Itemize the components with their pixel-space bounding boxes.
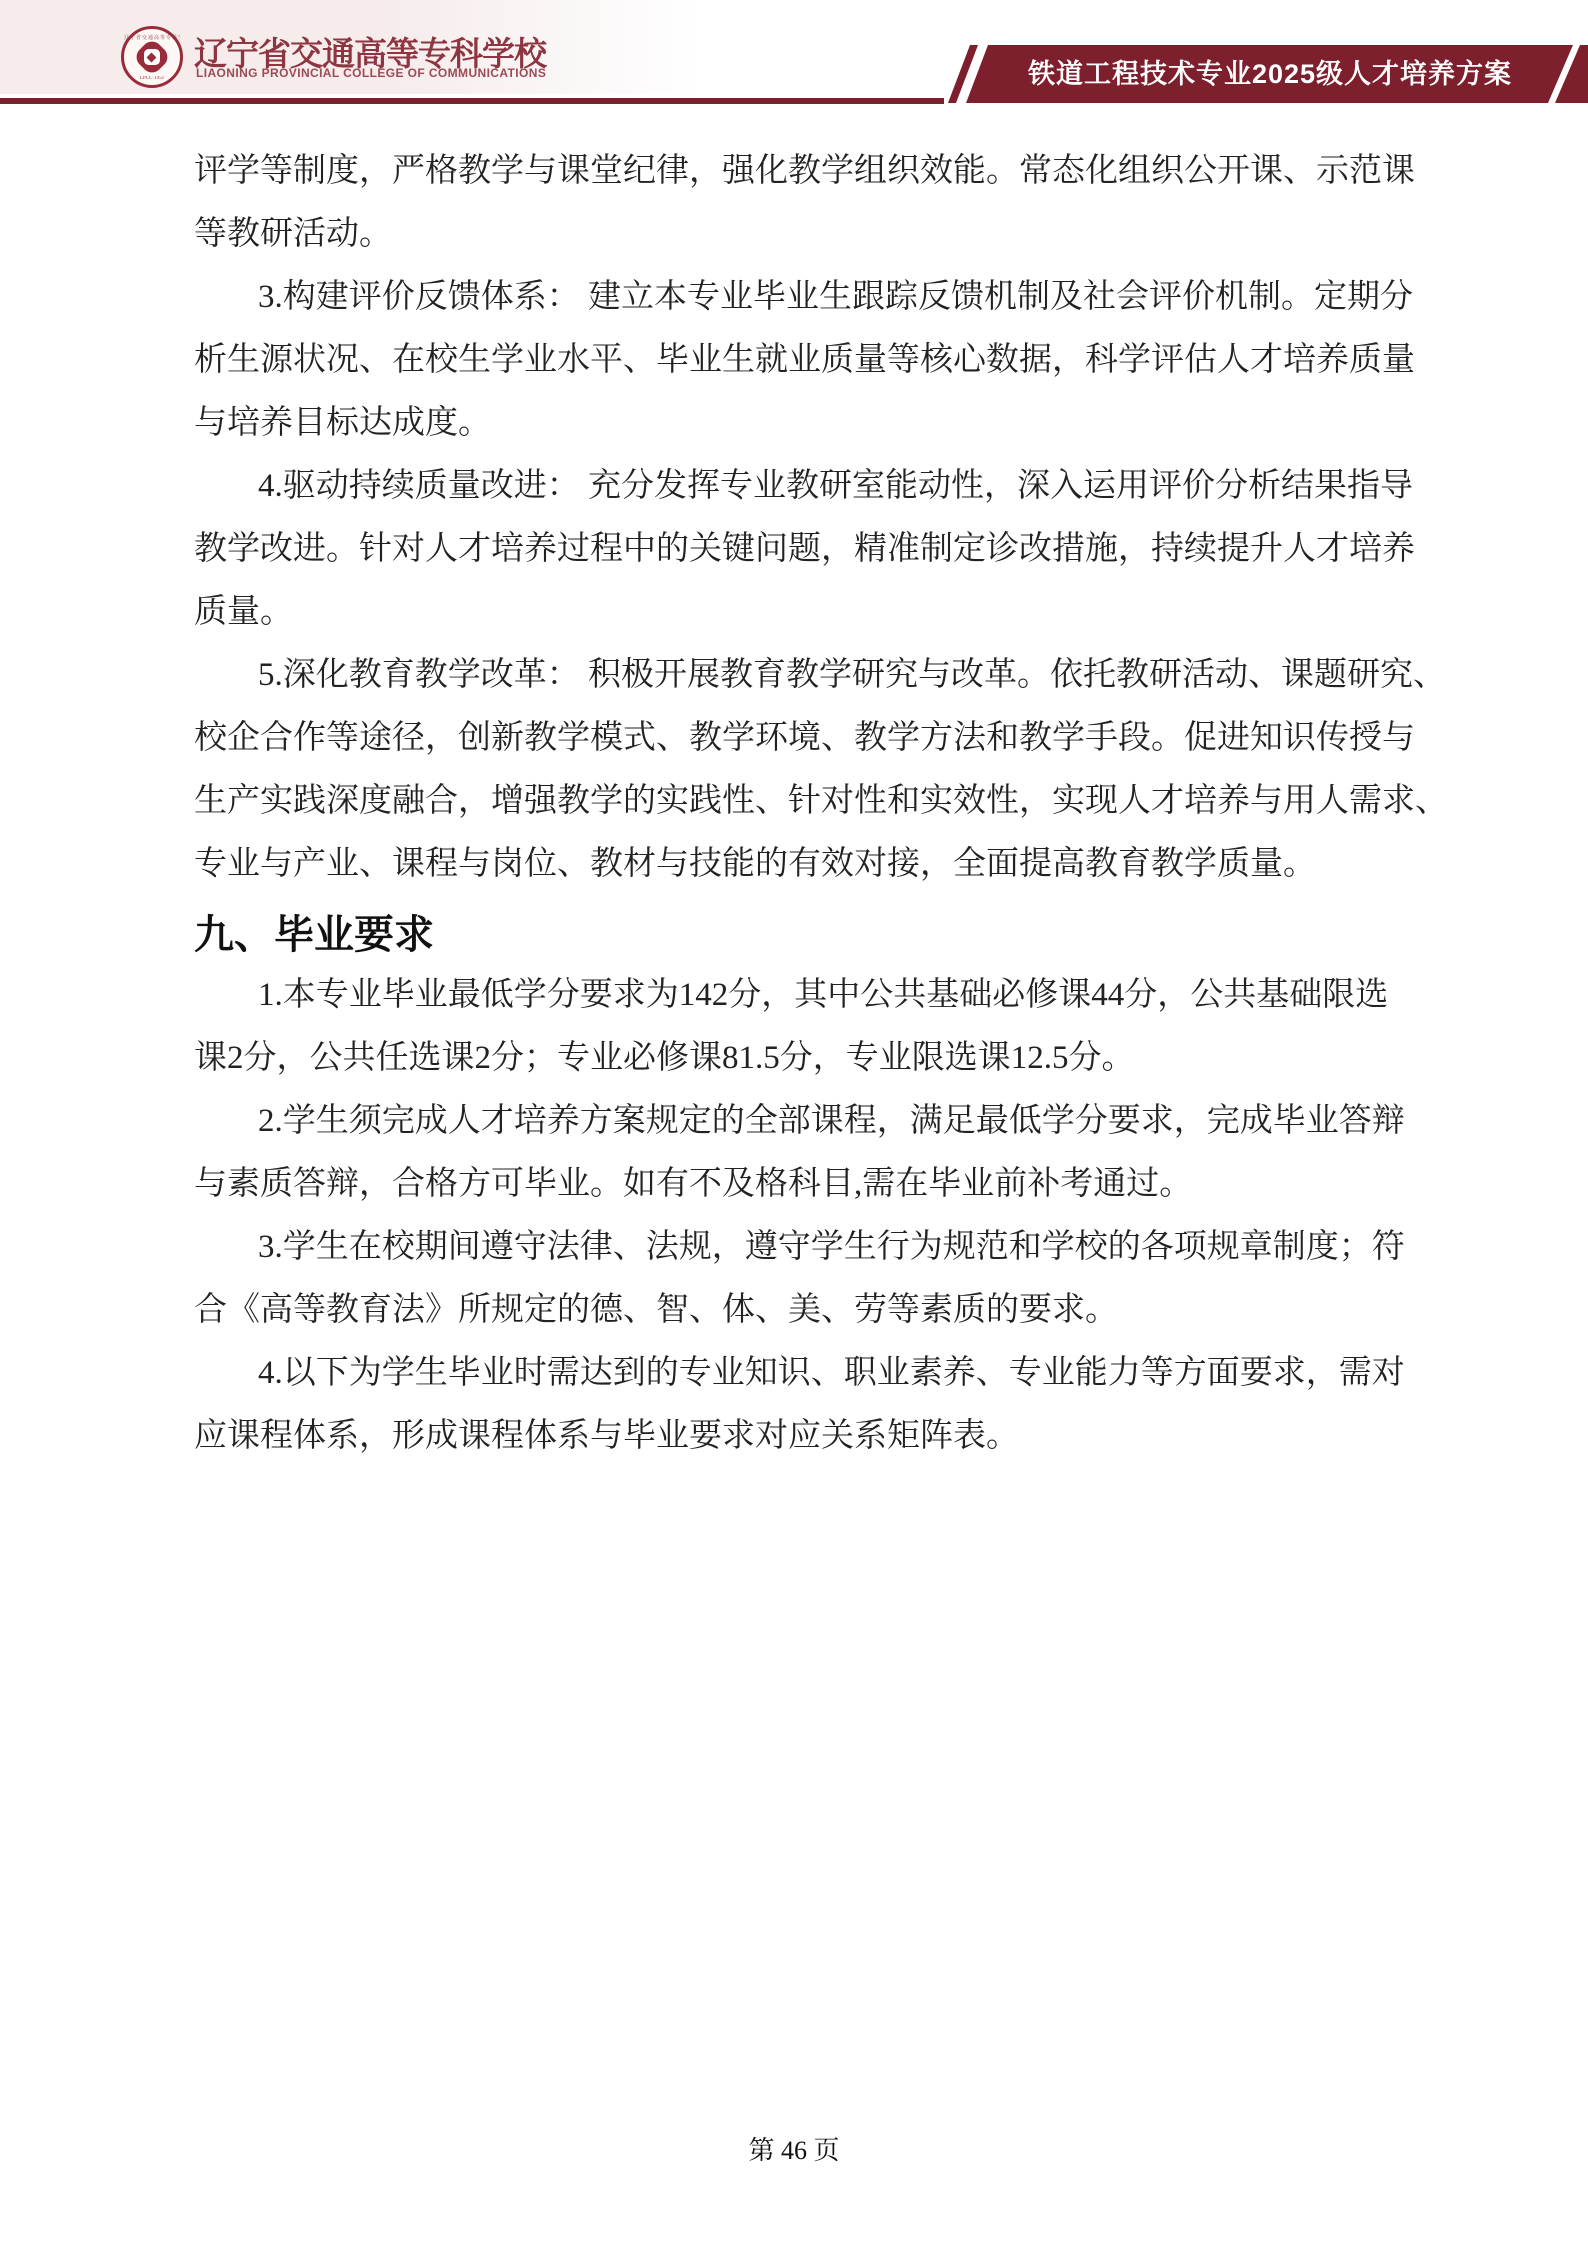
document-title: 铁道工程技术专业2025级人才培养方案 bbox=[1000, 45, 1540, 103]
document-page: 辽宁省交通高等专科学校 LPCC·1951 辽宁省交通高等专科学校 LIAONI… bbox=[0, 0, 1588, 2245]
school-seal-logo-icon: 辽宁省交通高等专科学校 LPCC·1951 bbox=[121, 26, 183, 88]
text-line: 4.以下为学生毕业时需达到的专业知识、职业素养、专业能力等方面要求，需对 bbox=[194, 1342, 1448, 1405]
seal-ring-text: 辽宁省交通高等专科学校 bbox=[124, 34, 180, 41]
header-divider-rule bbox=[0, 98, 944, 104]
text-line: 5.深化教育教学改革： 积极开展教育教学研究与改革。依托教研活动、课题研究、 bbox=[194, 644, 1448, 707]
seal-bottom-text: LPCC·1951 bbox=[124, 76, 180, 81]
text-line: 2.学生须完成人才培养方案规定的全部课程，满足最低学分要求，完成毕业答辩 bbox=[194, 1090, 1448, 1153]
seal-inner-shape bbox=[144, 49, 160, 65]
text-line: 评学等制度，严格教学与课堂纪律，强化教学组织效能。常态化组织公开课、示范课 bbox=[194, 140, 1448, 203]
school-name-english: LIAONING PROVINCIAL COLLEGE OF COMMUNICA… bbox=[196, 66, 546, 80]
text-line: 应课程体系，形成课程体系与毕业要求对应关系矩阵表。 bbox=[194, 1405, 1448, 1468]
text-line: 析生源状况、在校生学业水平、毕业生就业质量等核心数据，科学评估人才培养质量 bbox=[194, 329, 1448, 392]
seal-petal-shape bbox=[132, 37, 172, 77]
text-line: 4.驱动持续质量改进： 充分发挥专业教研室能动性，深入运用评价分析结果指导 bbox=[194, 455, 1448, 518]
text-line: 校企合作等途径，创新教学模式、教学环境、教学方法和教学手段。促进知识传授与 bbox=[194, 707, 1448, 770]
text-line: 教学改进。针对人才培养过程中的关键问题，精准制定诊改措施，持续提升人才培养 bbox=[194, 518, 1448, 581]
text-line: 专业与产业、课程与岗位、教材与技能的有效对接，全面提高教育教学质量。 bbox=[194, 833, 1448, 896]
text-line: 合《高等教育法》所规定的德、智、体、美、劳等素质的要求。 bbox=[194, 1279, 1448, 1342]
text-line: 生产实践深度融合，增强教学的实践性、针对性和实效性，实现人才培养与用人需求、 bbox=[194, 770, 1448, 833]
seal-core-shape bbox=[147, 52, 157, 62]
header-banner: 铁道工程技术专业2025级人才培养方案 bbox=[930, 45, 1588, 103]
section-heading: 九、毕业要求 bbox=[194, 906, 1448, 964]
text-line: 课2分，公共任选课2分；专业必修课81.5分，专业限选课12.5分。 bbox=[194, 1027, 1448, 1090]
text-line: 与培养目标达成度。 bbox=[194, 392, 1448, 455]
text-line: 3.构建评价反馈体系： 建立本专业毕业生跟踪反馈机制及社会评价机制。定期分 bbox=[194, 266, 1448, 329]
page-number: 第 46 页 bbox=[0, 2130, 1588, 2167]
text-line: 质量。 bbox=[194, 581, 1448, 644]
text-line: 3.学生在校期间遵守法律、法规，遵守学生行为规范和学校的各项规章制度；符 bbox=[194, 1216, 1448, 1279]
text-line: 等教研活动。 bbox=[194, 203, 1448, 266]
document-body: 评学等制度，严格教学与课堂纪律，强化教学组织效能。常态化组织公开课、示范课等教研… bbox=[194, 140, 1448, 1468]
text-line: 1.本专业毕业最低学分要求为142分，其中公共基础必修课44分，公共基础限选 bbox=[194, 964, 1448, 1027]
text-line: 与素质答辩，合格方可毕业。如有不及格科目,需在毕业前补考通过。 bbox=[194, 1153, 1448, 1216]
